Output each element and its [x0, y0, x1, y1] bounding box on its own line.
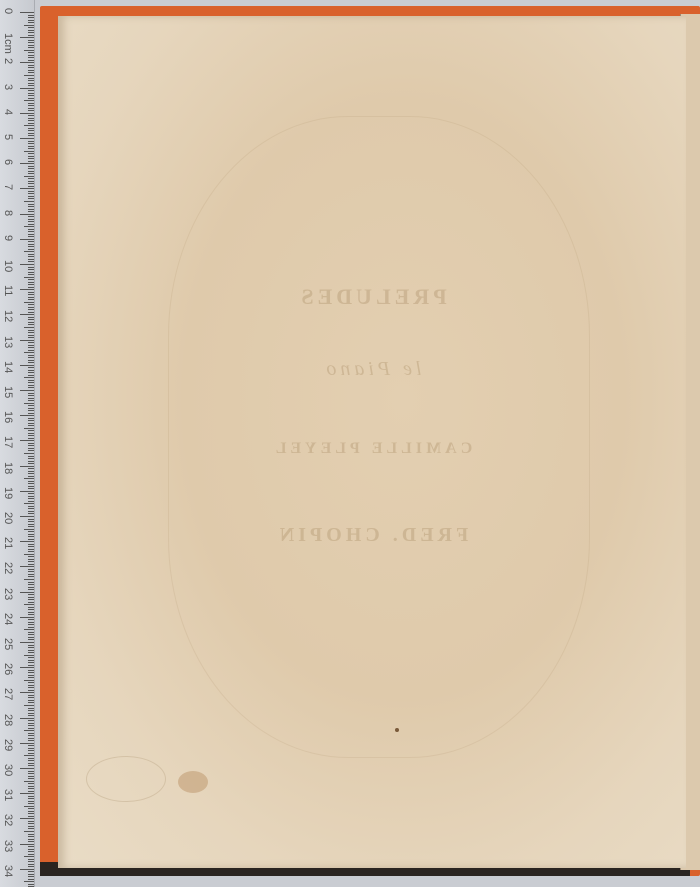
ruler-tick	[28, 695, 34, 696]
ruler-tick	[28, 571, 34, 572]
ruler-tick	[28, 801, 34, 802]
ruler-tick	[28, 823, 34, 824]
ruler-tick	[20, 440, 34, 441]
ruler-tick	[28, 20, 34, 21]
ruler-number: 11	[2, 285, 14, 296]
ruler-tick	[28, 483, 34, 484]
ruler-tick	[24, 50, 34, 51]
ruler-tick	[28, 171, 34, 172]
ruler-tick	[20, 113, 34, 114]
ruler-tick	[28, 115, 34, 116]
decorative-frame	[168, 116, 590, 758]
ruler-tick	[28, 387, 34, 388]
ruler-tick	[20, 12, 34, 13]
ruler-tick	[28, 788, 34, 789]
ruler-tick	[28, 677, 34, 678]
ruler-tick	[28, 350, 34, 351]
ruler-tick	[20, 541, 34, 542]
ruler-number: 24	[2, 613, 14, 625]
ruler-tick	[28, 153, 34, 154]
ruler-tick	[20, 692, 34, 693]
ruler-tick	[24, 25, 34, 26]
ruler-tick	[28, 665, 34, 666]
ruler-tick	[28, 564, 34, 565]
ruler-tick	[28, 443, 34, 444]
ruler-tick	[28, 481, 34, 482]
ruler-tick	[20, 314, 34, 315]
ruler-tick	[20, 390, 34, 391]
ruler-tick	[28, 753, 34, 754]
ruler-number: 8	[2, 210, 14, 216]
ruler-tick	[28, 650, 34, 651]
ruler-tick	[28, 65, 34, 66]
ruler-tick	[24, 579, 34, 580]
ruler-tick	[28, 637, 34, 638]
ruler-tick	[28, 143, 34, 144]
ruler-tick	[28, 294, 34, 295]
ruler-number: 23	[2, 588, 14, 600]
ruler-tick	[28, 83, 34, 84]
ruler-tick	[28, 367, 34, 368]
ruler-tick	[28, 513, 34, 514]
ruler-tick	[28, 771, 34, 772]
ruler-tick	[28, 803, 34, 804]
ruler-tick	[28, 330, 34, 331]
ruler-tick	[28, 846, 34, 847]
ruler-tick	[20, 62, 34, 63]
ruler-tick	[24, 503, 34, 504]
ruler-tick	[28, 735, 34, 736]
ruler-tick	[28, 859, 34, 860]
ruler-tick	[28, 471, 34, 472]
ruler-tick	[24, 529, 34, 530]
ruler-tick	[28, 168, 34, 169]
ruler-tick	[28, 524, 34, 525]
ruler-tick	[28, 733, 34, 734]
ruler-tick	[28, 287, 34, 288]
ruler-tick	[24, 251, 34, 252]
ruler-tick	[28, 456, 34, 457]
ruler-tick	[24, 327, 34, 328]
ruler-number: 13	[2, 336, 14, 348]
ruler-tick	[28, 773, 34, 774]
ruler-number: 21	[2, 537, 14, 549]
ruler-tick	[28, 511, 34, 512]
ruler-number: 14	[2, 361, 14, 373]
ruler-tick	[28, 72, 34, 73]
ruler-tick	[28, 607, 34, 608]
ruler-tick	[28, 299, 34, 300]
ruler-tick	[28, 587, 34, 588]
ruler-tick	[28, 526, 34, 527]
ruler-tick	[28, 98, 34, 99]
ruler-tick	[28, 382, 34, 383]
ruler-tick	[28, 861, 34, 862]
ruler-tick	[20, 617, 34, 618]
ruler-tick	[20, 264, 34, 265]
ruler-tick	[24, 478, 34, 479]
ruler-tick	[20, 566, 34, 567]
ruler-tick	[28, 866, 34, 867]
ruler-tick	[28, 372, 34, 373]
ruler-tick	[20, 188, 34, 189]
ruler-tick	[28, 834, 34, 835]
ruler-number: 4	[2, 109, 14, 115]
ruler-tick	[28, 546, 34, 547]
ruler-tick	[28, 884, 34, 885]
ruler-tick	[28, 67, 34, 68]
ruler-tick	[28, 624, 34, 625]
ruler-number: 5	[2, 134, 14, 140]
ruler-tick	[28, 93, 34, 94]
ruler-tick	[28, 408, 34, 409]
ruler-tick	[28, 612, 34, 613]
ruler-tick	[24, 629, 34, 630]
ruler-tick	[28, 851, 34, 852]
ruler-tick	[28, 158, 34, 159]
ruler-tick	[28, 292, 34, 293]
ruler-tick	[28, 216, 34, 217]
ruler-number: 1cm	[2, 33, 14, 54]
ruler-tick	[28, 609, 34, 610]
foxing-spot	[395, 728, 399, 732]
ruler-tick	[28, 776, 34, 777]
ruler-tick	[28, 559, 34, 560]
ruler-tick	[28, 839, 34, 840]
ruler-tick	[28, 708, 34, 709]
ruler-tick	[28, 549, 34, 550]
ruler-tick	[28, 463, 34, 464]
ruler-tick	[28, 849, 34, 850]
ruler-number: 27	[2, 688, 14, 700]
ruler-tick	[28, 871, 34, 872]
ruler-tick	[24, 428, 34, 429]
ruler-number: 34	[2, 865, 14, 877]
ruler-tick	[24, 302, 34, 303]
ruler-tick	[28, 118, 34, 119]
ruler-tick	[24, 604, 34, 605]
ruler-tick	[28, 319, 34, 320]
ruler-tick	[28, 410, 34, 411]
ruler-tick	[28, 259, 34, 260]
ruler-tick	[28, 332, 34, 333]
ruler-tick	[28, 645, 34, 646]
ruler-tick	[28, 224, 34, 225]
ruler-tick	[24, 831, 34, 832]
ruler-tick	[28, 758, 34, 759]
ruler-tick	[20, 667, 34, 668]
ruler-tick	[28, 355, 34, 356]
ruler-number: 2	[2, 58, 14, 64]
ruler-tick	[28, 450, 34, 451]
ruler-number: 18	[2, 462, 14, 474]
ruler-tick	[28, 473, 34, 474]
ruler-tick	[28, 420, 34, 421]
ruler-tick	[28, 304, 34, 305]
ruler-tick	[28, 808, 34, 809]
ruler-tick	[28, 198, 34, 199]
ruler-tick	[28, 324, 34, 325]
ruler-tick	[28, 108, 34, 109]
ruler-tick	[28, 370, 34, 371]
ruler-tick	[28, 312, 34, 313]
ruler-number: 0	[2, 8, 14, 14]
ruler-tick	[28, 639, 34, 640]
ruler-tick	[20, 869, 34, 870]
ruler-tick	[28, 534, 34, 535]
show-through-title: PRELUDES	[58, 284, 686, 310]
ruler-tick	[28, 322, 34, 323]
ruler-tick	[28, 791, 34, 792]
ruler-number: 17	[2, 436, 14, 448]
ruler-tick	[20, 818, 34, 819]
ruler-tick	[28, 105, 34, 106]
ruler-tick	[28, 614, 34, 615]
ruler-number: 12	[2, 310, 14, 322]
ruler-tick	[28, 715, 34, 716]
ruler-tick	[24, 176, 34, 177]
ruler-tick	[28, 740, 34, 741]
ruler-number: 19	[2, 487, 14, 499]
ruler-tick	[28, 231, 34, 232]
ruler-tick	[28, 279, 34, 280]
ruler-tick	[28, 445, 34, 446]
ruler-tick	[28, 589, 34, 590]
show-through-subtitle: le Piano	[58, 358, 686, 381]
ruler-tick	[28, 347, 34, 348]
ruler-tick	[28, 576, 34, 577]
ruler-tick	[28, 269, 34, 270]
ruler-tick	[28, 249, 34, 250]
ruler-tick	[28, 488, 34, 489]
ruler-tick	[24, 856, 34, 857]
ruler-tick	[20, 592, 34, 593]
ruler-tick	[28, 272, 34, 273]
ruler-tick	[24, 680, 34, 681]
ruler-tick	[28, 506, 34, 507]
ruler-tick	[20, 239, 34, 240]
ruler-number: 28	[2, 714, 14, 726]
ruler-tick	[28, 32, 34, 33]
show-through-dedication: CAMILLE PLEYEL	[58, 440, 686, 458]
ruler-tick	[28, 191, 34, 192]
ruler-tick	[28, 128, 34, 129]
ruler-tick	[28, 675, 34, 676]
ruler-tick	[28, 141, 34, 142]
ruler-tick	[28, 486, 34, 487]
ruler-tick	[20, 491, 34, 492]
measuring-ruler: 01cm234567891011121314151617181920212223…	[0, 0, 35, 887]
ruler-tick	[24, 277, 34, 278]
ruler-tick	[28, 798, 34, 799]
ruler-tick	[28, 634, 34, 635]
ruler-tick	[28, 539, 34, 540]
ruler-tick	[28, 647, 34, 648]
ruler-tick	[20, 743, 34, 744]
ruler-tick	[28, 395, 34, 396]
ruler-tick	[28, 297, 34, 298]
ruler-tick	[28, 682, 34, 683]
ruler-number: 30	[2, 764, 14, 776]
ruler-tick	[28, 35, 34, 36]
ruler-tick	[28, 193, 34, 194]
ruler-tick	[28, 385, 34, 386]
ruler-tick	[28, 594, 34, 595]
ruler-tick	[20, 642, 34, 643]
ruler-tick	[28, 476, 34, 477]
ruler-tick	[28, 380, 34, 381]
ruler-tick	[28, 267, 34, 268]
ruler-number: 26	[2, 663, 14, 675]
ruler-tick	[28, 229, 34, 230]
ruler-tick	[28, 110, 34, 111]
ruler-tick	[20, 466, 34, 467]
ruler-tick	[20, 214, 34, 215]
ruler-tick	[24, 781, 34, 782]
ruler-tick	[28, 544, 34, 545]
ruler-tick	[28, 876, 34, 877]
ruler-tick	[28, 796, 34, 797]
ruler-tick	[28, 234, 34, 235]
ruler-tick	[28, 254, 34, 255]
ruler-tick	[24, 705, 34, 706]
ruler-tick	[28, 501, 34, 502]
ruler-tick	[28, 357, 34, 358]
ruler-tick	[28, 670, 34, 671]
ruler-tick	[28, 241, 34, 242]
ruler-tick	[28, 418, 34, 419]
ruler-number: 15	[2, 386, 14, 398]
ruler-tick	[28, 161, 34, 162]
ruler-tick	[24, 75, 34, 76]
ruler-tick	[28, 204, 34, 205]
ruler-tick	[28, 317, 34, 318]
ruler-tick	[28, 17, 34, 18]
ruler-tick	[28, 135, 34, 136]
ruler-tick	[28, 828, 34, 829]
ruler-number: 25	[2, 638, 14, 650]
ruler-tick	[28, 236, 34, 237]
ruler-tick	[28, 27, 34, 28]
ruler-tick	[28, 551, 34, 552]
ruler-tick	[28, 569, 34, 570]
ruler-tick	[28, 393, 34, 394]
ruler-tick	[28, 146, 34, 147]
ruler-tick	[28, 760, 34, 761]
ruler-tick	[20, 844, 34, 845]
ruler-tick	[28, 70, 34, 71]
ruler-tick	[28, 209, 34, 210]
ruler-tick	[28, 493, 34, 494]
ruler-tick	[28, 413, 34, 414]
ruler-tick	[28, 458, 34, 459]
ruler-tick	[28, 423, 34, 424]
ruler-tick	[28, 864, 34, 865]
ruler-tick	[28, 448, 34, 449]
ruler-tick	[24, 730, 34, 731]
ruler-number: 9	[2, 235, 14, 241]
ruler-tick	[28, 750, 34, 751]
ruler-tick	[28, 602, 34, 603]
ruler-tick	[28, 405, 34, 406]
ruler-tick	[28, 725, 34, 726]
ruler-tick	[28, 783, 34, 784]
ruler-tick	[28, 156, 34, 157]
ruler-tick	[28, 362, 34, 363]
ruler-tick	[28, 879, 34, 880]
ruler-tick	[28, 398, 34, 399]
ruler-number: 33	[2, 840, 14, 852]
ruler-tick	[28, 841, 34, 842]
ruler-tick	[28, 496, 34, 497]
ruler-tick	[28, 246, 34, 247]
ruler-tick	[28, 400, 34, 401]
ruler-tick	[28, 556, 34, 557]
ruler-tick	[20, 289, 34, 290]
ruler-tick	[28, 508, 34, 509]
ruler-tick	[28, 309, 34, 310]
ruler-tick	[28, 660, 34, 661]
ruler-tick	[28, 342, 34, 343]
ruler-tick	[28, 183, 34, 184]
ruler-tick	[28, 728, 34, 729]
ruler-tick	[24, 201, 34, 202]
ruler-tick	[28, 813, 34, 814]
document-page: PRELUDES le Piano CAMILLE PLEYEL FRED. C…	[58, 16, 686, 868]
ruler-tick	[28, 854, 34, 855]
ruler-tick	[28, 55, 34, 56]
ruler-tick	[28, 173, 34, 174]
ruler-tick	[28, 15, 34, 16]
ruler-tick	[28, 745, 34, 746]
ruler-tick	[28, 599, 34, 600]
ruler-number: 6	[2, 159, 14, 165]
ruler-tick	[28, 700, 34, 701]
ruler-tick	[28, 723, 34, 724]
ruler-tick	[20, 415, 34, 416]
ruler-tick	[28, 574, 34, 575]
ruler-tick	[24, 100, 34, 101]
ruler-tick	[28, 80, 34, 81]
ruler-tick	[28, 181, 34, 182]
ruler-tick	[28, 811, 34, 812]
ruler-tick	[28, 438, 34, 439]
ruler-tick	[28, 657, 34, 658]
ruler-tick	[28, 690, 34, 691]
ruler-tick	[28, 826, 34, 827]
ruler-tick	[28, 521, 34, 522]
ruler-number: 22	[2, 562, 14, 574]
ruler-tick	[24, 453, 34, 454]
ruler-tick	[20, 365, 34, 366]
ruler-tick	[28, 435, 34, 436]
ruler-tick	[20, 516, 34, 517]
ruler-tick	[20, 163, 34, 164]
ruler-tick	[20, 37, 34, 38]
ruler-tick	[28, 720, 34, 721]
ruler-tick	[28, 22, 34, 23]
ruler-tick	[28, 619, 34, 620]
ruler-tick	[28, 211, 34, 212]
ruler-tick	[28, 130, 34, 131]
ruler-tick	[28, 57, 34, 58]
ruler-tick	[28, 531, 34, 532]
ruler-tick	[28, 874, 34, 875]
ruler-tick	[28, 60, 34, 61]
ruler-tick	[28, 40, 34, 41]
ruler-tick	[28, 221, 34, 222]
ruler-tick	[28, 702, 34, 703]
